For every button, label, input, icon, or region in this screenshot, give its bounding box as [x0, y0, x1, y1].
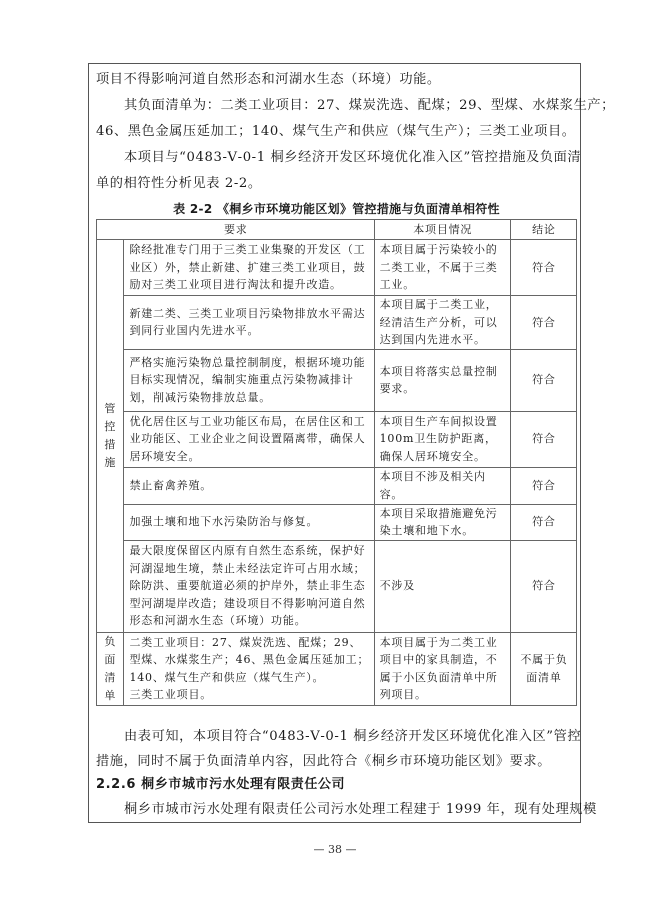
section-heading: 2.2.6 桐乡市城市污水处理有限责任公司: [96, 772, 576, 798]
project-status-cell: 本项目生产车间拟设置100m卫生防护距离，确保人居环境安全。: [374, 411, 510, 467]
conclusion-cell: 不属于负面清单: [510, 632, 576, 705]
table-row: 管控措施 除经批准专门用于三类工业集聚的开发区（工业区）外，禁止新建、扩建三类工…: [97, 240, 577, 296]
intro-paragraph-line-2: 其负面清单为：二类工业项目：27、煤炭洗选、配煤；29、型煤、水煤浆生产；: [96, 93, 576, 119]
intro-paragraph-line-1: 项目不得影响河道自然形态和河湖水生态（环境）功能。: [96, 67, 576, 93]
conclusion-paragraph-line-1: 由表可知，本项目符合“0483-Ⅴ-0-1 桐乡经济开发区环境优化准入区”管控: [96, 724, 576, 750]
project-status-cell: 本项目不涉及相关内容。: [374, 467, 510, 504]
category-negative-list: 负面清单: [97, 632, 124, 705]
header-requirement: 要求: [97, 220, 375, 240]
requirement-extra-text: 三类工业项目。: [129, 686, 369, 704]
header-project-status: 本项目情况: [374, 220, 510, 240]
requirement-cell: 严格实施污染物总量控制制度，根据环境功能目标实现情况，编制实施重点污染物减排计划…: [124, 349, 374, 411]
project-status-cell: 不涉及: [374, 540, 510, 632]
conclusion-cell: 符合: [510, 540, 576, 632]
table-row: 加强土壤和地下水污染防治与修复。 本项目采取措施避免污染土壤和地下水。 符合: [97, 504, 577, 540]
conclusion-cell: 符合: [510, 467, 576, 504]
table-row: 优化居住区与工业功能区布局，在居住区和工业功能区、工业企业之间设置隔离带，确保人…: [97, 411, 577, 467]
table-row: 最大限度保留区内原有自然生态系统，保护好河湖湿地生境，禁止未经法定许可占用水域；…: [97, 540, 577, 632]
table-row: 负面清单 二类工业项目：27、煤炭洗选、配煤；29、型煤、水煤浆生产；46、黑色…: [97, 632, 577, 705]
requirement-cell: 优化居住区与工业功能区布局，在居住区和工业功能区、工业企业之间设置隔离带，确保人…: [124, 411, 374, 467]
table-title: 表 2-2 《桐乡市环境功能区划》管控措施与负面清单相符性: [96, 200, 577, 217]
requirement-cell: 除经批准专门用于三类工业集聚的开发区（工业区）外，禁止新建、扩建三类工业项目，鼓…: [124, 240, 374, 296]
table-row: 严格实施污染物总量控制制度，根据环境功能目标实现情况，编制实施重点污染物减排计划…: [97, 349, 577, 411]
intro-paragraph-line-3: 46、黑色金属压延加工；140、煤气生产和供应（煤气生产）；三类工业项目。: [96, 119, 576, 145]
requirement-cell: 加强土壤和地下水污染防治与修复。: [124, 504, 374, 540]
requirement-cell: 新建二类、三类工业项目污染物排放水平需达到同行业国内先进水平。: [124, 296, 374, 350]
conclusion-cell: 符合: [510, 411, 576, 467]
requirement-text: 二类工业项目：27、煤炭洗选、配煤；29、型煤、水煤浆生产；46、黑色金属压延加…: [129, 634, 369, 687]
conclusion-cell: 符合: [510, 296, 576, 350]
category-control-measures: 管控措施: [97, 240, 124, 633]
requirement-cell: 禁止畜禽养殖。: [124, 467, 374, 504]
conclusion-cell: 符合: [510, 240, 576, 296]
conclusion-cell: 符合: [510, 349, 576, 411]
conclusion-cell: 符合: [510, 504, 576, 540]
table-row: 新建二类、三类工业项目污染物排放水平需达到同行业国内先进水平。 本项目属于二类工…: [97, 296, 577, 350]
table-header-row: 要求 本项目情况 结论: [97, 220, 577, 240]
page-number: — 38 —: [0, 843, 670, 856]
compliance-table: 要求 本项目情况 结论 管控措施 除经批准专门用于三类工业集聚的开发区（工业区）…: [96, 219, 577, 706]
header-conclusion: 结论: [510, 220, 576, 240]
intro-paragraph-line-4: 本项目与“0483-Ⅴ-0-1 桐乡经济开发区环境优化准入区”管控措施及负面清: [96, 145, 576, 171]
requirement-cell: 二类工业项目：27、煤炭洗选、配煤；29、型煤、水煤浆生产；46、黑色金属压延加…: [124, 632, 374, 705]
intro-paragraph-line-5: 单的相符性分析见表 2-2。: [96, 171, 576, 197]
requirement-cell: 最大限度保留区内原有自然生态系统，保护好河湖湿地生境，禁止未经法定许可占用水域；…: [124, 540, 374, 632]
table-row: 禁止畜禽养殖。 本项目不涉及相关内容。 符合: [97, 467, 577, 504]
project-status-cell: 本项目将落实总量控制要求。: [374, 349, 510, 411]
project-status-cell: 本项目属于污染较小的二类工业，不属于三类工业。: [374, 240, 510, 296]
project-status-cell: 本项目采取措施避免污染土壤和地下水。: [374, 504, 510, 540]
project-status-cell: 本项目属于为二类工业项目中的家具制造，不属于小区负面清单中所列项目。: [374, 632, 510, 705]
section-paragraph: 桐乡市城市污水处理有限责任公司污水处理工程建于 1999 年，现有处理规模: [96, 797, 576, 823]
project-status-cell: 本项目属于二类工业，经清洁生产分析，可以达到国内先进水平。: [374, 296, 510, 350]
